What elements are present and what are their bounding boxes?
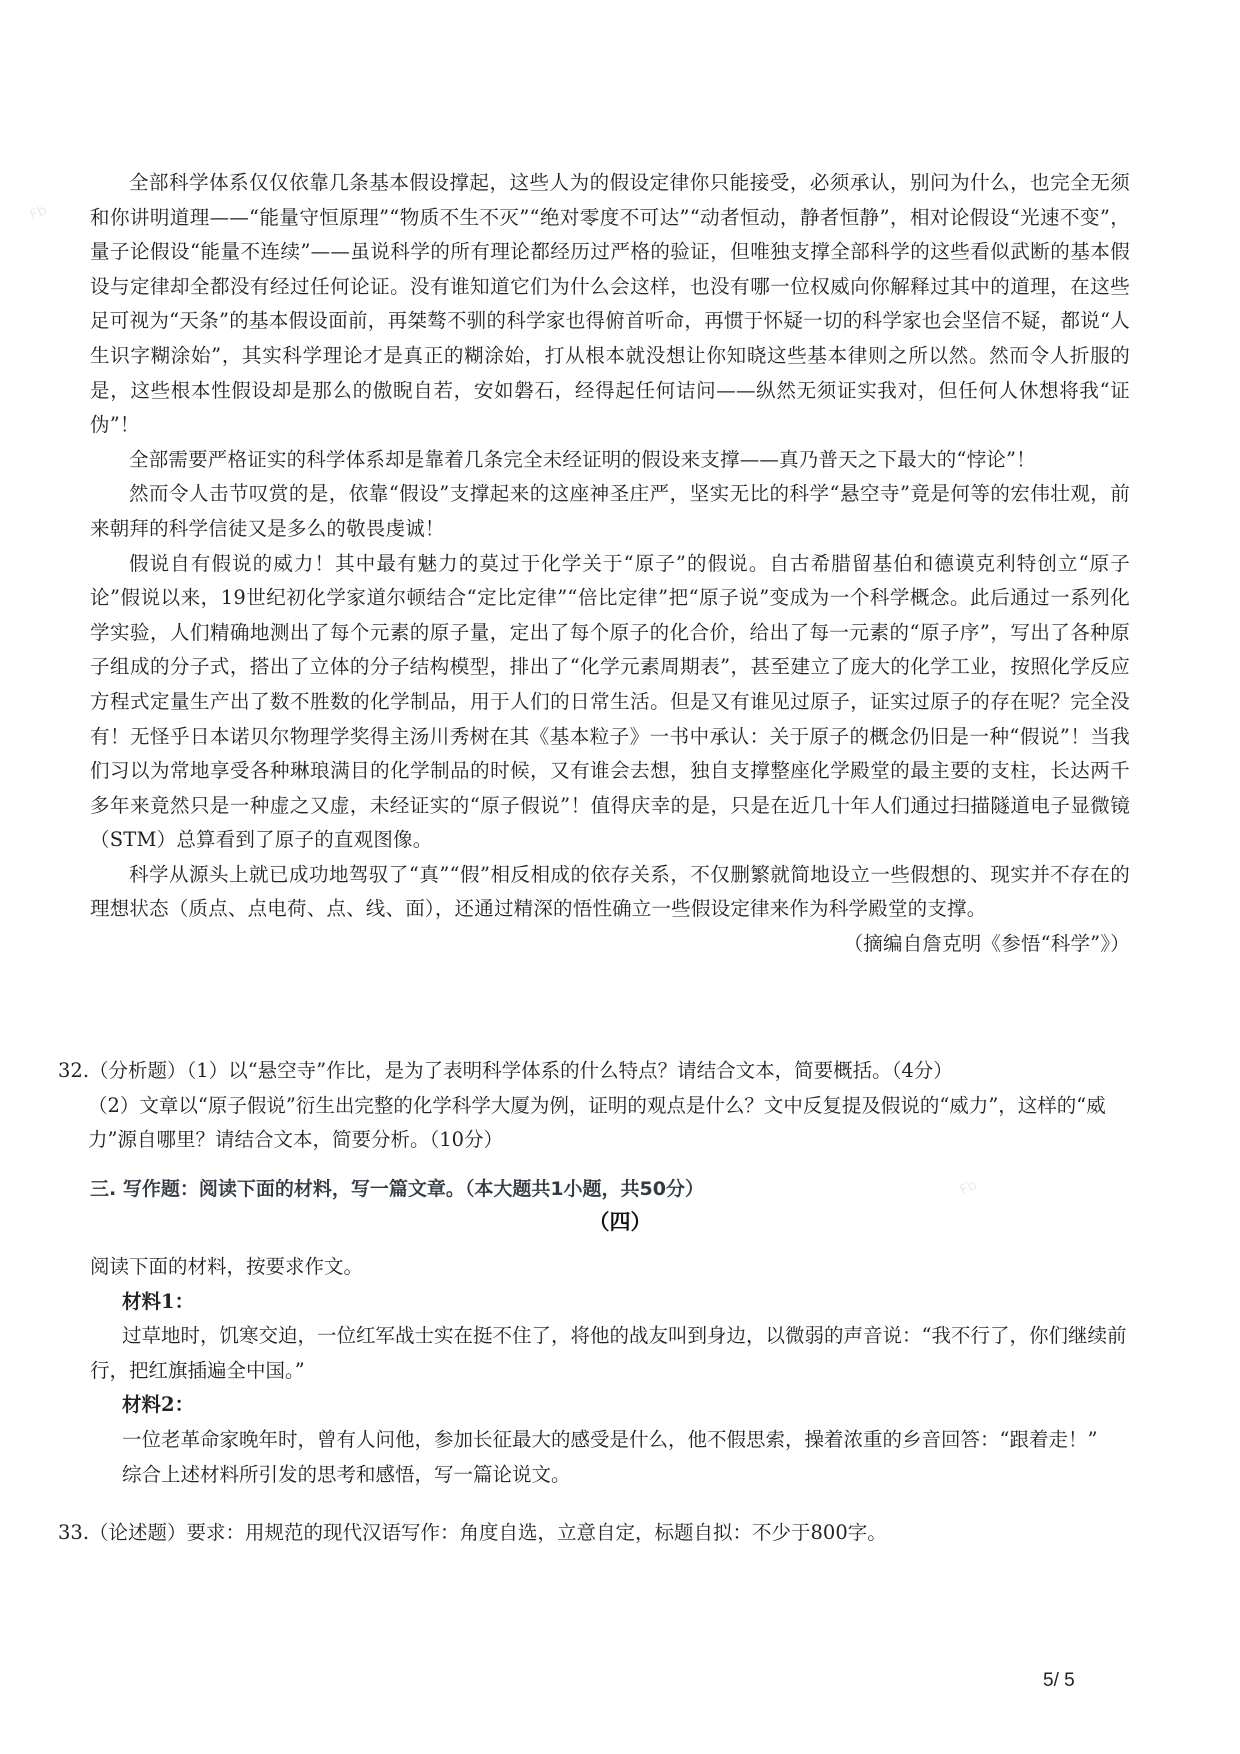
exam-page: Fb Fb Fb 全部科学体系仅仅依靠几条基本假设撑起，这些人为的假设定律你只能… bbox=[0, 0, 1240, 1754]
writing-prompt: 阅读下面的材料，按要求作文。 材料1： 过草地时，饥寒交迫，一位红军战士实在挺不… bbox=[90, 1250, 1130, 1492]
question-number: 32. bbox=[58, 1059, 89, 1082]
watermark: Fb bbox=[957, 1177, 979, 1199]
page-number: 5/ 5 bbox=[1043, 1670, 1075, 1692]
passage-source: （摘编自詹克明《参悟“科学”》） bbox=[90, 927, 1130, 962]
material-1-label: 材料1： bbox=[90, 1285, 1130, 1320]
passage-paragraph: 假说自有假说的威力！其中最有魅力的莫过于化学关于“原子”的假说。自古希腊留基伯和… bbox=[90, 547, 1130, 858]
question-32: 32.（分析题）（1）以“悬空寺”作比，是为了表明科学体系的什么特点？请结合文本… bbox=[58, 1054, 1138, 1158]
question-33: 33.（论述题）要求：用规范的现代汉语写作：角度自选，立意自定，标题自拟：不少于… bbox=[58, 1516, 887, 1550]
passage-paragraph: 然而令人击节叹赏的是，依靠“假设”支撑起来的这座神圣庄严，坚实无比的科学“悬空寺… bbox=[90, 477, 1130, 546]
passage-paragraph: 科学从源头上就已成功地驾驭了“真”“假”相反相成的依存关系，不仅删繁就简地设立一… bbox=[90, 858, 1130, 927]
question-part-1: （1）以“悬空寺”作比，是为了表明科学体系的什么特点？请结合文本，简要概括。（4… bbox=[187, 1059, 953, 1082]
passage-paragraph: 全部需要严格证实的科学体系却是靠着几条完全未经证明的假设来支撑——真乃普天之下最… bbox=[90, 443, 1130, 478]
passage-paragraph: 全部科学体系仅仅依靠几条基本假设撑起，这些人为的假设定律你只能接受，必须承认，别… bbox=[90, 166, 1130, 443]
reading-passage: 全部科学体系仅仅依靠几条基本假设撑起，这些人为的假设定律你只能接受，必须承认，别… bbox=[90, 166, 1130, 962]
writing-task: 综合上述材料所引发的思考和感悟，写一篇论说文。 bbox=[90, 1458, 1130, 1493]
material-2-text: 一位老革命家晚年时，曾有人问他，参加长征最大的感受是什么，他不假思索，操着浓重的… bbox=[90, 1423, 1130, 1458]
section-subheading: （四） bbox=[0, 1206, 1240, 1236]
question-type: （分析题） bbox=[89, 1059, 187, 1082]
question-part-2: （2）文章以“原子假说”衍生出完整的化学科学大厦为例，证明的观点是什么？文中反复… bbox=[58, 1089, 1138, 1158]
material-1-text: 过草地时，饥寒交迫，一位红军战士实在挺不住了，将他的战友叫到身边，以微弱的声音说… bbox=[90, 1319, 1130, 1388]
watermark: Fb bbox=[27, 202, 49, 224]
material-2-label: 材料2： bbox=[90, 1388, 1130, 1423]
section-title: 三. 写作题：阅读下面的材料，写一篇文章。（本大题共1小题，共50分） bbox=[90, 1174, 704, 1201]
writing-intro: 阅读下面的材料，按要求作文。 bbox=[90, 1250, 1130, 1285]
